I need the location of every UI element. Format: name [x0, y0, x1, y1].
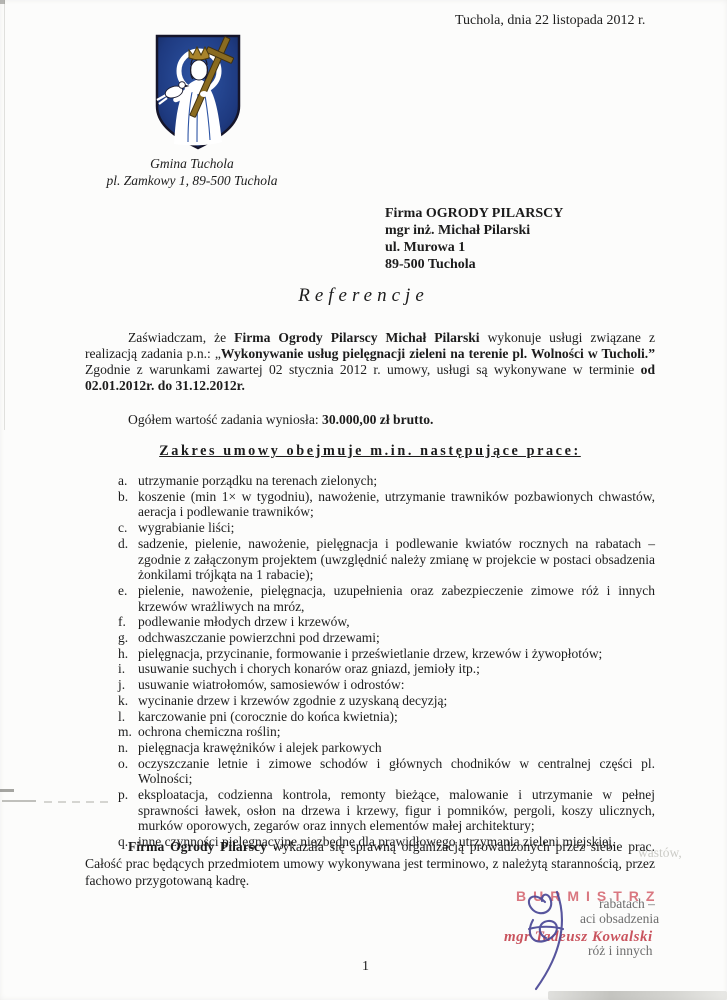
value-run: Ogółem wartość zadania wyniosła: — [128, 412, 322, 427]
item-letter: f. — [118, 614, 126, 630]
recipient-line-4: 89-500 Tuchola — [385, 256, 563, 273]
item-letter: g. — [118, 630, 128, 646]
scan-smudge — [548, 991, 727, 1000]
recipient-line-2: mgr inż. Michał Pilarski — [385, 222, 563, 239]
scan-artifact — [44, 801, 114, 803]
scope-item-d: d.sadzenie, pielenie, nawożenie, pielęgn… — [118, 536, 655, 583]
item-text: pielęgnacja, przycinanie, formowanie i p… — [138, 646, 602, 661]
item-letter: i. — [118, 661, 125, 677]
scan-artifact — [0, 0, 5, 4]
document-body: Zaświadczam, że Firma Ogrody Pilarscy Mi… — [85, 330, 655, 850]
scope-item-k: k.wycinanie drzew i krzewów zgodnie z uz… — [118, 693, 655, 709]
scope-item-e: e.pielenie, nawożenie, pielęgnacja, uzup… — [118, 583, 655, 614]
item-text: wygrabianie liści; — [138, 520, 234, 535]
intro-run-bold: Firma Ogrody Pilarscy Michał Pilarski — [234, 330, 479, 345]
scope-list: a.utrzymanie porządku na terenach zielon… — [85, 473, 655, 850]
intro-run: Zaświadczam, że — [128, 330, 234, 345]
scan-artifact — [2, 800, 36, 802]
item-letter: l. — [118, 709, 125, 725]
sender-block: Gmina Tuchola pl. Zamkowy 1, 89-500 Tuch… — [92, 155, 292, 189]
item-text: podlewanie młodych drzew i krzewów, — [138, 614, 350, 629]
closing-run-bold: Firma Ogrody Pilarscy — [128, 839, 267, 854]
item-text: koszenie (min 1× w tygodniu), nawożenie,… — [138, 489, 655, 520]
scope-item-j: j.usuwanie wiatrołomów, samosiewów i odr… — [118, 677, 655, 693]
scan-artifact — [0, 789, 14, 792]
item-letter: c. — [118, 520, 127, 536]
scanned-reference-letter: Tuchola, dnia 22 listopada 2012 r. — [0, 0, 727, 1000]
scope-item-l: l.karczowanie pni (corocznie do końca kw… — [118, 709, 655, 725]
item-text: pielenie, nawożenie, pielęgnacja, uzupeł… — [138, 583, 655, 614]
scope-item-b: b.koszenie (min 1× w tygodniu), nawożeni… — [118, 489, 655, 520]
item-letter: b. — [118, 489, 128, 505]
item-letter: m. — [118, 724, 132, 740]
item-letter: n. — [118, 740, 128, 756]
scope-heading: Zakres umowy obejmuje m.in. następujące … — [85, 443, 655, 459]
date-line: Tuchola, dnia 22 listopada 2012 r. — [455, 13, 645, 29]
signature-scribble-icon — [505, 888, 600, 993]
scope-item-p: p.eksploatacja, codzienna kontrola, remo… — [118, 787, 655, 834]
item-text: usuwanie wiatrołomów, samosiewów i odros… — [138, 677, 404, 692]
scope-item-c: c.wygrabianie liści; — [118, 520, 655, 536]
item-text: utrzymanie porządku na terenach zielonyc… — [138, 473, 377, 488]
item-letter: d. — [118, 536, 128, 552]
item-letter: k. — [118, 693, 128, 709]
tuchola-coat-of-arms-icon — [152, 32, 244, 152]
scope-item-n: n.pielęgnacja krawężników i alejek parko… — [118, 740, 655, 756]
item-text: karczowanie pni (corocznie do końca kwie… — [138, 709, 398, 724]
sender-address: pl. Zamkowy 1, 89-500 Tuchola — [92, 172, 292, 189]
contract-value-line: Ogółem wartość zadania wyniosła: 30.000,… — [85, 412, 655, 428]
item-text: oczyszczanie letnie i zimowe schodów i g… — [138, 756, 655, 787]
recipient-line-1: Firma OGRODY PILARSCY — [385, 205, 563, 222]
item-letter: p. — [118, 787, 128, 803]
item-letter: a. — [118, 473, 127, 489]
item-text: pielęgnacja krawężników i alejek parkowy… — [138, 740, 382, 755]
scope-item-o: o.oczyszczanie letnie i zimowe schodów i… — [118, 756, 655, 787]
value-amount: 30.000,00 zł brutto. — [322, 412, 433, 427]
item-letter: j. — [118, 677, 125, 693]
recipient-block: Firma OGRODY PILARSCY mgr inż. Michał Pi… — [385, 205, 563, 273]
item-letter: e. — [118, 583, 127, 599]
item-text: odchwaszczanie powierzchni pod drzewami; — [138, 630, 380, 645]
scope-item-g: g.odchwaszczanie powierzchni pod drzewam… — [118, 630, 655, 646]
item-text: eksploatacja, codzienna kontrola, remont… — [138, 787, 655, 833]
bleed-through-text: wastów, — [638, 845, 682, 861]
closing-paragraph: Firma Ogrody Pilarscy wykazała się spraw… — [85, 838, 655, 889]
scope-item-h: h.pielęgnacja, przycinanie, formowanie i… — [118, 646, 655, 662]
scan-edge-line — [4, 0, 5, 430]
recipient-line-3: ul. Murowa 1 — [385, 239, 563, 256]
page-number: 1 — [362, 959, 369, 975]
scope-item-a: a.utrzymanie porządku na terenach zielon… — [118, 473, 655, 489]
scope-item-m: m.ochrona chemiczna roślin; — [118, 724, 655, 740]
sender-name: Gmina Tuchola — [92, 155, 292, 172]
intro-run: Zgodnie z warunkami zawartej 02 stycznia… — [85, 362, 641, 377]
document-title: Referencje — [0, 285, 727, 307]
item-text: wycinanie drzew i krzewów zgodnie z uzys… — [138, 693, 447, 708]
scope-item-f: f.podlewanie młodych drzew i krzewów, — [118, 614, 655, 630]
item-text: usuwanie suchych i chorych konarów oraz … — [138, 661, 480, 676]
intro-run-bold: Wykonywanie usług pielęgnacji zieleni na… — [221, 346, 655, 361]
intro-paragraph: Zaświadczam, że Firma Ogrody Pilarscy Mi… — [85, 330, 655, 394]
scope-item-i: i.usuwanie suchych i chorych konarów ora… — [118, 661, 655, 677]
item-letter: o. — [118, 756, 128, 772]
item-letter: h. — [118, 646, 128, 662]
item-text: sadzenie, pielenie, nawożenie, pielęgnac… — [138, 536, 655, 582]
item-text: ochrona chemiczna roślin; — [138, 724, 280, 739]
